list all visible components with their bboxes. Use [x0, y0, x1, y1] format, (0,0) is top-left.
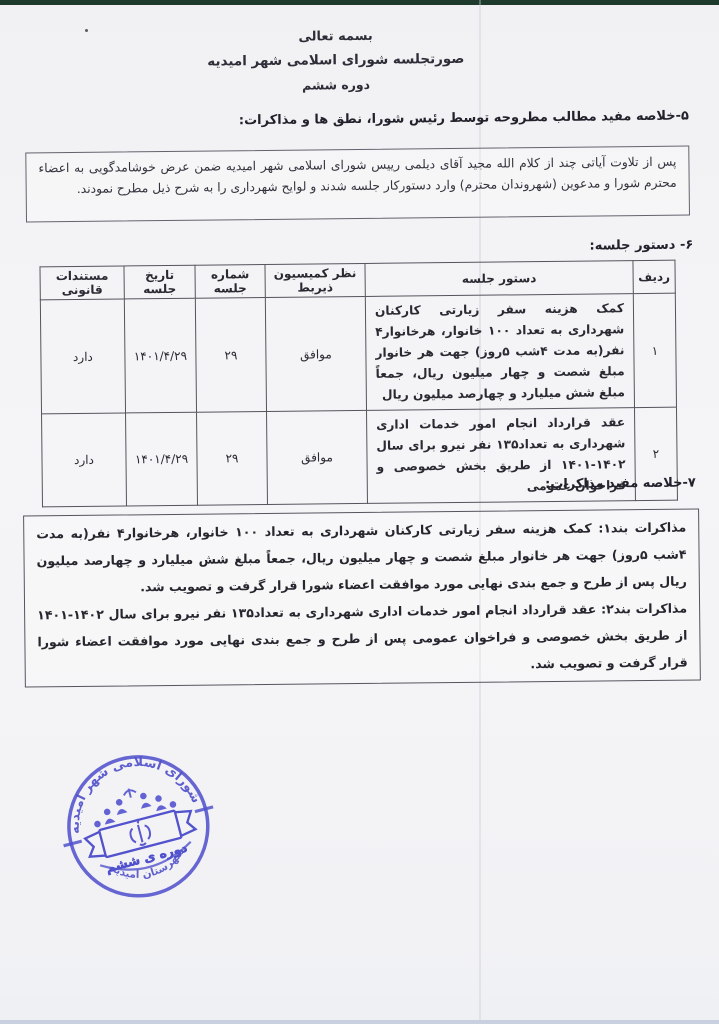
table-row: ۲ عقد قرارداد انجام امور خدمات اداری شهر…: [42, 407, 678, 507]
council-stamp-seal-icon: شورای اسلامی شهر امیدیه: [43, 731, 233, 921]
section7-heading: ۷-خلاصه مفید مذاکرات:: [545, 475, 696, 492]
section7-deliberations-box: مذاکرات بند۱: کمک هزینه سفر زیارتی کارکن…: [23, 508, 701, 687]
section5-heading: ۵-خلاصه مفید مطالب مطروحه توسط رئیس شورا…: [239, 109, 689, 129]
document-header: بسمه تعالی صورتجلسه شورای اسلامی شهر امی…: [0, 27, 676, 95]
deliberation-item-1: مذاکرات بند۱: کمک هزینه سفر زیارتی کارکن…: [36, 514, 687, 602]
col-header-agenda: دستور جلسه: [365, 261, 633, 297]
col-header-session-no: شماره جلسه: [195, 264, 265, 298]
cell-row-no: ۱: [633, 293, 676, 407]
col-header-session-date: تاریخ جلسه: [124, 265, 195, 299]
col-header-row-no: ردیف: [633, 260, 675, 293]
scanned-document-page: بسمه تعالی صورتجلسه شورای اسلامی شهر امی…: [0, 0, 719, 1024]
cell-session-no: ۲۹: [197, 411, 268, 505]
deliberation-item-2: مذاکرات بند۲: عقد قرارداد انجام امور خدم…: [37, 595, 688, 683]
table-row: ۱ کمک هزینه سفر زیارتی کارکنان شهرداری ب…: [40, 293, 676, 414]
cell-legal-docs: دارد: [42, 413, 127, 507]
bismillah-line: بسمه تعالی: [0, 27, 675, 47]
col-header-commission-opinion: نظر کمیسیون ذیربط: [265, 263, 365, 297]
cell-legal-docs: دارد: [40, 299, 125, 414]
cell-commission-opinion: موافق: [267, 410, 368, 504]
council-term-line: دوره ششم: [0, 75, 676, 95]
cell-agenda: کمک هزینه سفر زیارتی کارکنان شهرداری به …: [365, 294, 634, 411]
section6-heading: ۶- دستور جلسه:: [589, 237, 693, 253]
page-content: بسمه تعالی صورتجلسه شورای اسلامی شهر امی…: [0, 0, 719, 1024]
cell-commission-opinion: موافق: [265, 296, 366, 411]
col-header-legal-docs: مستندات قانونی: [40, 266, 124, 300]
cell-session-no: ۲۹: [195, 297, 266, 412]
cell-session-date: ۱۴۰۱/۴/۲۹: [124, 298, 196, 413]
agenda-table: ردیف دستور جلسه نظر کمیسیون ذیربط شماره …: [39, 260, 677, 508]
section5-summary-box: پس از تلاوت آیاتی چند از کلام الله مجید …: [25, 146, 690, 223]
page-title: صورتجلسه شورای اسلامی شهر امیدیه: [0, 51, 675, 72]
scan-edge-bottom: [0, 1020, 719, 1024]
council-stamp: شورای اسلامی شهر امیدیه: [43, 731, 233, 921]
cell-session-date: ۱۴۰۱/۴/۲۹: [126, 412, 198, 506]
